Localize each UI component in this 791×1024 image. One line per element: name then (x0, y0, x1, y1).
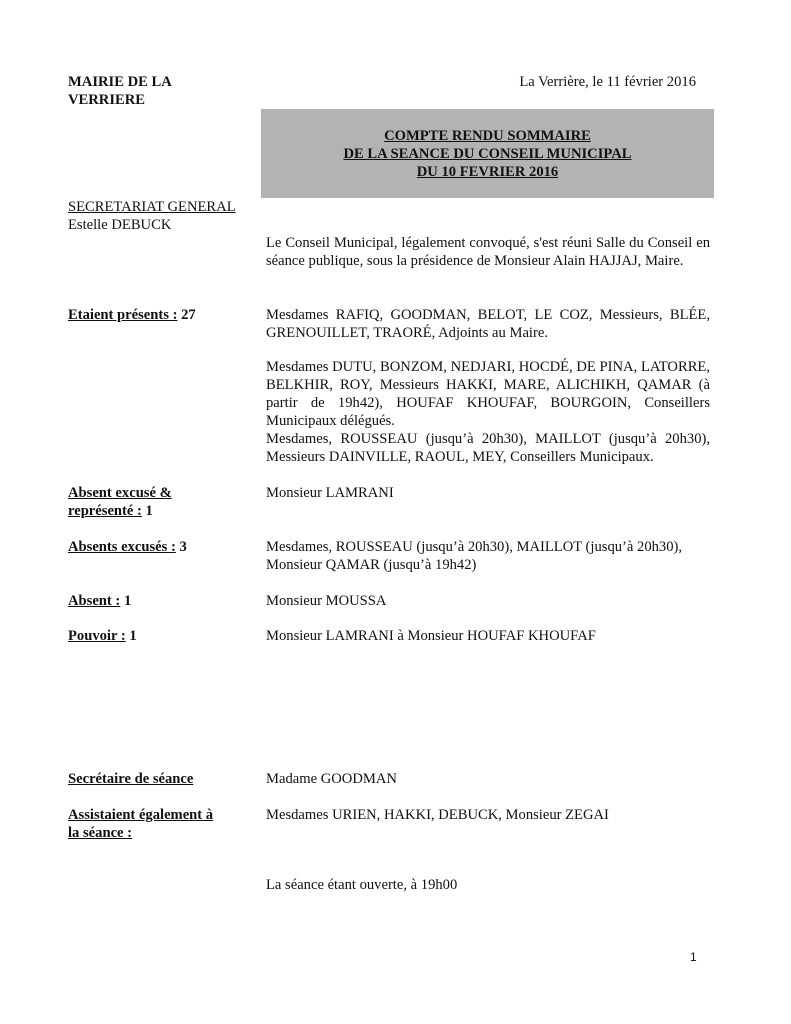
title-line-1: COMPTE RENDU SOMMAIRE (384, 127, 591, 145)
intro-paragraph: Le Conseil Municipal, légalement convoqu… (266, 234, 710, 270)
secretariat-block: SECRETARIAT GENERAL Estelle DEBUCK (68, 198, 236, 234)
pouvoir-label-text: Pouvoir : (68, 628, 126, 644)
absent-text: Monsieur MOUSSA (266, 592, 710, 610)
absent-excuse-represente-count: 1 (146, 503, 153, 519)
pouvoir-label: Pouvoir : 1 (68, 627, 253, 645)
document-title-box: COMPTE RENDU SOMMAIRE DE LA SEANCE DU CO… (261, 109, 714, 198)
absent-count: 1 (124, 593, 131, 609)
opening-statement: La séance étant ouverte, à 19h00 (266, 876, 710, 894)
document-date: La Verrière, le 11 février 2016 (519, 73, 696, 91)
absents-excuses-count: 3 (180, 539, 187, 555)
presents-conseillers: Mesdames, ROUSSEAU (jusqu’à 20h30), MAIL… (266, 430, 710, 466)
absent-excuse-represente-label-line-1: Absent excusé & (68, 484, 253, 502)
absent-excuse-represente-text: Monsieur LAMRANI (266, 484, 710, 502)
pouvoir-count: 1 (129, 628, 136, 644)
presents-label: Etaient présents : 27 (68, 306, 253, 324)
presents-label-text: Etaient présents : (68, 307, 177, 323)
organization-line-2: VERRIERE (68, 91, 228, 109)
page-number: 1 (690, 948, 697, 966)
assistaient-label-line-1: Assistaient également à (68, 806, 253, 824)
absent-label-text: Absent : (68, 593, 120, 609)
secretariat-name: Estelle DEBUCK (68, 216, 236, 234)
secretaire-text: Madame GOODMAN (266, 770, 710, 788)
absents-excuses-label-text: Absents excusés : (68, 539, 176, 555)
secretariat-label: SECRETARIAT GENERAL (68, 198, 236, 216)
assistaient-text: Mesdames URIEN, HAKKI, DEBUCK, Monsieur … (266, 806, 710, 824)
absents-excuses-text: Mesdames, ROUSSEAU (jusqu’à 20h30), MAIL… (266, 538, 710, 574)
absent-excuse-represente-label: Absent excusé & représenté : 1 (68, 484, 253, 520)
organization-name: MAIRIE DE LA VERRIERE (68, 73, 228, 109)
assistaient-label-line-2: la séance : (68, 824, 253, 842)
absent-excuse-represente-label-line-2: représenté : (68, 503, 142, 519)
assistaient-label: Assistaient également à la séance : (68, 806, 253, 842)
presents-conseillers-delegues: Mesdames DUTU, BONZOM, NEDJARI, HOCDÉ, D… (266, 358, 710, 430)
absent-label: Absent : 1 (68, 592, 253, 610)
presents-count: 27 (181, 307, 196, 323)
title-line-2: DE LA SEANCE DU CONSEIL MUNICIPAL (343, 145, 631, 163)
secretaire-label: Secrétaire de séance (68, 770, 253, 788)
absents-excuses-label: Absents excusés : 3 (68, 538, 253, 556)
pouvoir-text: Monsieur LAMRANI à Monsieur HOUFAF KHOUF… (266, 627, 710, 645)
organization-line-1: MAIRIE DE LA (68, 73, 228, 91)
presents-adjoints: Mesdames RAFIQ, GOODMAN, BELOT, LE COZ, … (266, 306, 710, 342)
title-line-3: DU 10 FEVRIER 2016 (417, 163, 558, 181)
